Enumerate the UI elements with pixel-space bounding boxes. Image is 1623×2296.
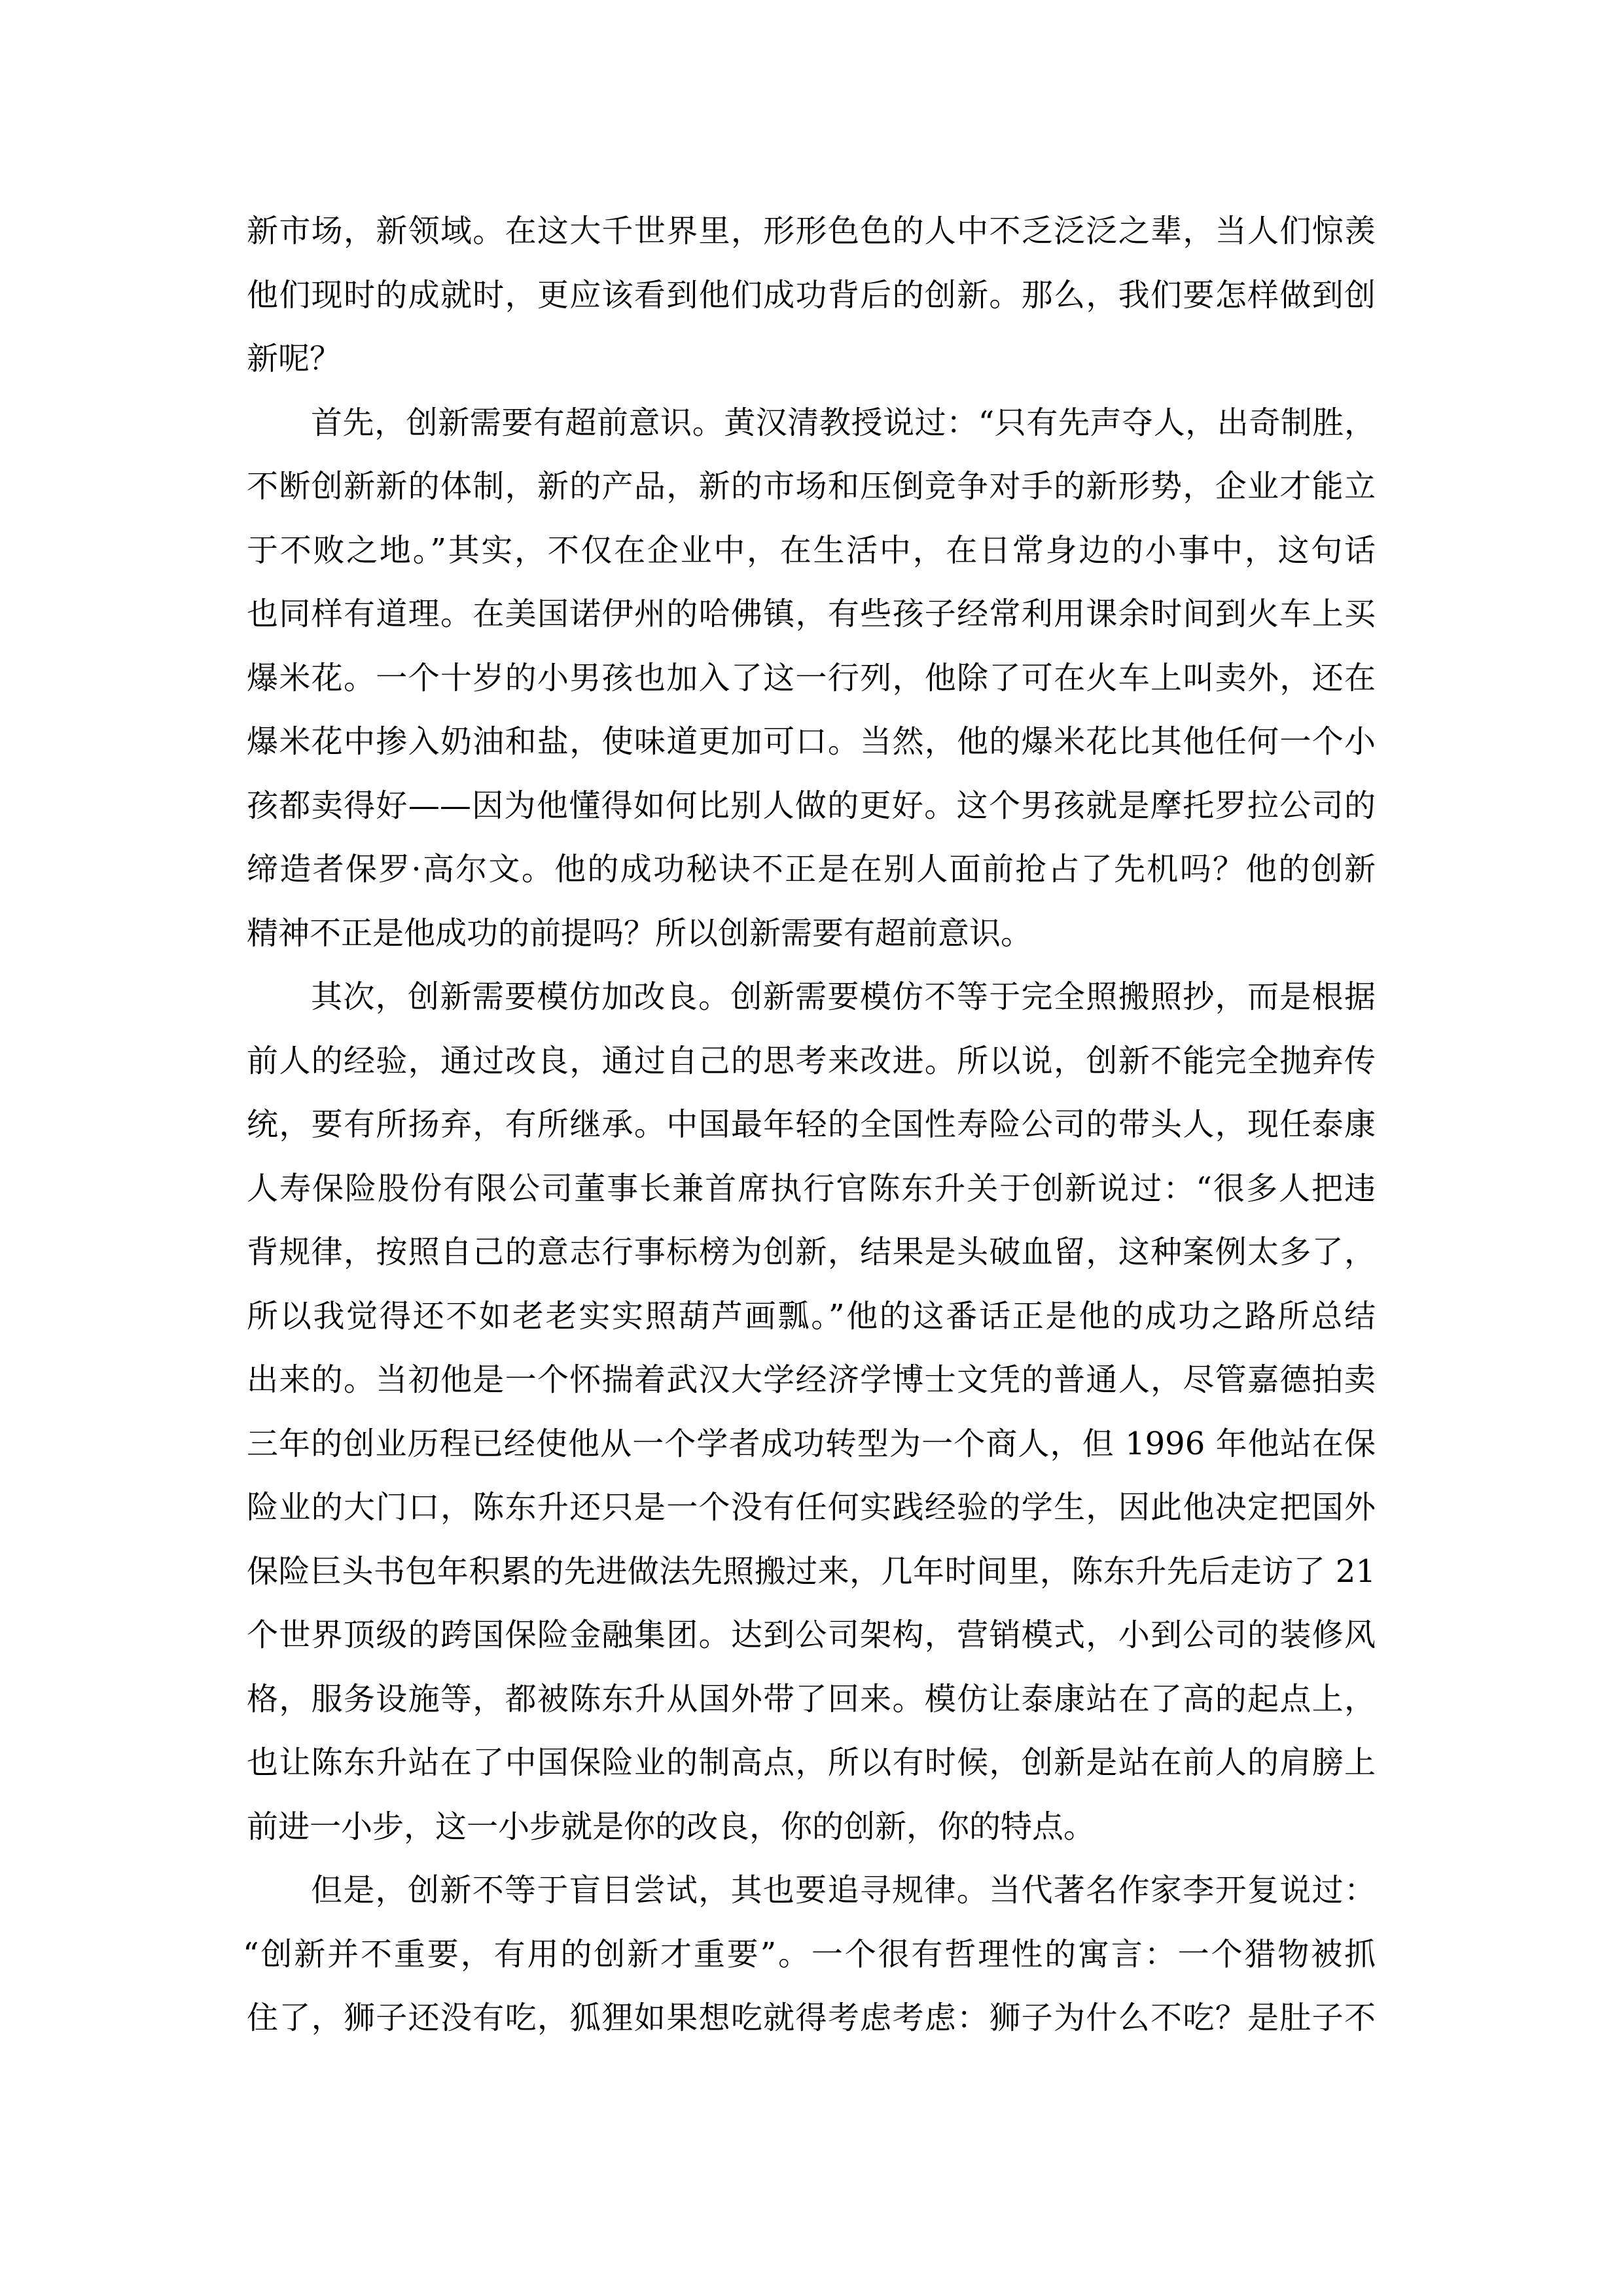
- text-line: 精神不正是他成功的前提吗？所以创新需要有超前意识。: [247, 902, 1376, 966]
- text-line: 前人的经验，通过改良，通过自己的思考来改进。所以说，创新不能完全抛弃传: [247, 1030, 1376, 1094]
- text-line: 孩都卖得好——因为他懂得如何比别人做的更好。这个男孩就是摩托罗拉公司的: [247, 774, 1376, 838]
- text-line: 新市场，新领域。在这大千世界里，形形色色的人中不乏泛泛之辈，当人们惊羡: [247, 200, 1376, 264]
- text-line: 三年的创业历程已经使他从一个学者成功转型为一个商人，但 1996 年他站在保: [247, 1412, 1376, 1477]
- text-line: 险业的大门口，陈东升还只是一个没有任何实践经验的学生，因此他决定把国外: [247, 1476, 1376, 1540]
- paragraph-imitation: 其次，创新需要模仿加改良。创新需要模仿不等于完全照搬照抄，而是根据 前人的经验，…: [247, 965, 1376, 1859]
- text-line: 于不败之地。”其实，不仅在企业中，在生活中，在日常身边的小事中，这句话: [247, 519, 1376, 583]
- text-line: 保险巨头书包年积累的先进做法先照搬过来，几年时间里，陈东升先后走访了 21: [247, 1540, 1376, 1604]
- paragraph-rules: 但是，创新不等于盲目尝试，其也要追寻规律。当代著名作家李开复说过： “创新并不重…: [247, 1859, 1376, 2051]
- text-line: 首先，创新需要有超前意识。黄汉清教授说过：“只有先声夺人，出奇制胜，: [247, 391, 1376, 456]
- text-line: 新呢？: [247, 327, 1376, 391]
- text-line: 背规律，按照自己的意志行事标榜为创新，结果是头破血留，这种案例太多了，: [247, 1221, 1376, 1285]
- text-line: 不断创新新的体制，新的产品，新的市场和压倒竞争对手的新形势，企业才能立: [247, 455, 1376, 519]
- body-text: 新市场，新领域。在这大千世界里，形形色色的人中不乏泛泛之辈，当人们惊羡 他们现时…: [247, 200, 1376, 2051]
- text-line: 也同样有道理。在美国诺伊州的哈佛镇，有些孩子经常利用课余时间到火车上买: [247, 583, 1376, 647]
- text-line: 缔造者保罗·高尔文。他的成功秘诀不正是在别人面前抢占了先机吗？他的创新: [247, 838, 1376, 902]
- text-line: 所以我觉得还不如老老实实照葫芦画瓢。”他的这番话正是他的成功之路所总结: [247, 1285, 1376, 1349]
- text-line: 住了，狮子还没有吃，狐狸如果想吃就得考虑考虑：狮子为什么不吃？是肚子不: [247, 1986, 1376, 2051]
- text-line: 出来的。当初他是一个怀揣着武汉大学经济学博士文凭的普通人，尽管嘉德拍卖: [247, 1348, 1376, 1412]
- paragraph-foresight: 首先，创新需要有超前意识。黄汉清教授说过：“只有先声夺人，出奇制胜， 不断创新新…: [247, 391, 1376, 966]
- text-line: 人寿保险股份有限公司董事长兼首席执行官陈东升关于创新说过：“很多人把违: [247, 1157, 1376, 1221]
- text-line: 统，要有所扬弃，有所继承。中国最年轻的全国性寿险公司的带头人，现任泰康: [247, 1093, 1376, 1157]
- text-line: 爆米花。一个十岁的小男孩也加入了这一行列，他除了可在火车上叫卖外，还在: [247, 647, 1376, 711]
- text-line: “创新并不重要，有用的创新才重要”。一个很有哲理性的寓言：一个猎物被抓: [243, 1923, 1376, 1987]
- paragraph-intro: 新市场，新领域。在这大千世界里，形形色色的人中不乏泛泛之辈，当人们惊羡 他们现时…: [247, 200, 1376, 391]
- text-line: 也让陈东升站在了中国保险业的制高点，所以有时候，创新是站在前人的肩膀上: [247, 1731, 1376, 1795]
- text-line: 前进一小步，这一小步就是你的改良，你的创新，你的特点。: [247, 1795, 1376, 1859]
- text-line: 个世界顶级的跨国保险金融集团。达到公司架构，营销模式，小到公司的装修风: [247, 1604, 1376, 1668]
- text-line: 爆米花中掺入奶油和盐，使味道更加可口。当然，他的爆米花比其他任何一个小: [247, 710, 1376, 774]
- text-line: 其次，创新需要模仿加改良。创新需要模仿不等于完全照搬照抄，而是根据: [247, 965, 1376, 1030]
- text-line: 他们现时的成就时，更应该看到他们成功背后的创新。那么，我们要怎样做到创: [247, 264, 1376, 328]
- document-page: 新市场，新领域。在这大千世界里，形形色色的人中不乏泛泛之辈，当人们惊羡 他们现时…: [0, 0, 1623, 2296]
- text-line: 格，服务设施等，都被陈东升从国外带了回来。模仿让泰康站在了高的起点上，: [247, 1668, 1376, 1732]
- text-line: 但是，创新不等于盲目尝试，其也要追寻规律。当代著名作家李开复说过：: [247, 1859, 1376, 1923]
